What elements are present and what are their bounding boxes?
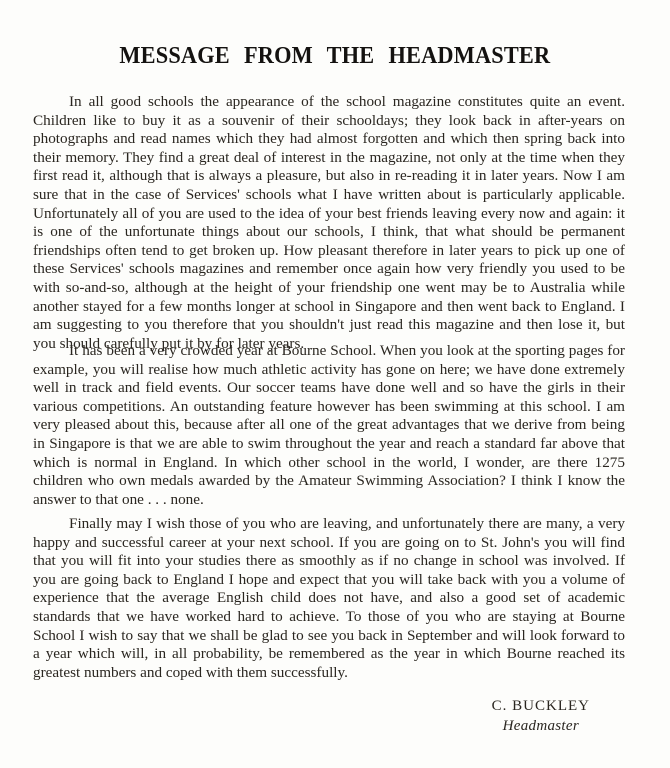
- paragraph-farewell: Finally may I wish those of you who are …: [33, 515, 625, 682]
- signature-name: C. BUCKLEY: [492, 696, 590, 716]
- paragraph-sporting-year: It has been a very crowded year at Bourn…: [33, 342, 625, 509]
- signature-role: Headmaster: [492, 716, 590, 736]
- paragraph-magazine-souvenir: In all good schools the appearance of th…: [33, 93, 625, 353]
- page-title: MESSAGE FROM THE HEADMASTER: [23, 43, 646, 70]
- signature-block: C. BUCKLEY Headmaster: [492, 696, 590, 736]
- document-page: MESSAGE FROM THE HEADMASTER In all good …: [0, 0, 670, 768]
